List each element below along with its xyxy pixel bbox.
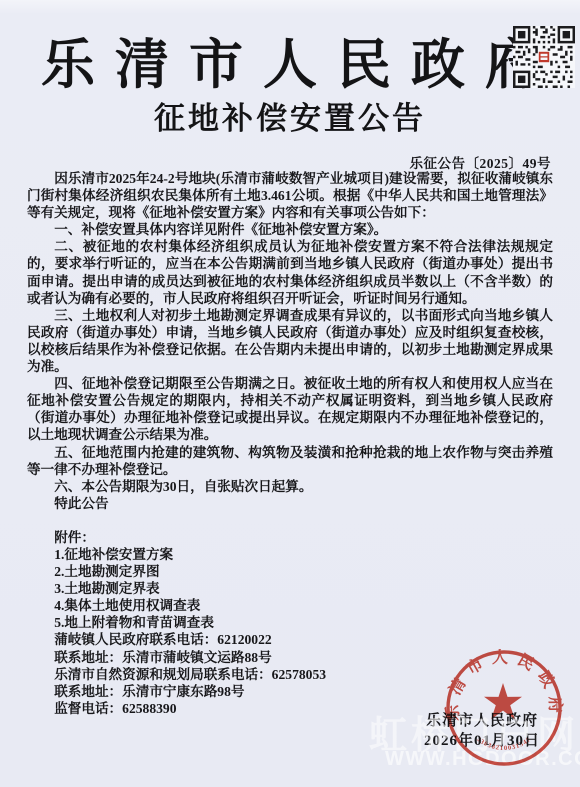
page-subtitle: 征地补偿安置公告 [0, 101, 580, 137]
seal-number: 33038210031347 [475, 736, 532, 752]
official-seal: 乐清市人民政府 33038210031347 [441, 645, 567, 771]
doc-number: 乐征公告〔2025〕49号 [410, 152, 552, 172]
announcement-page: 乐清市人民政府 征地补偿安置公告 乐征公告〔2025〕49号 因乐清市2025年… [0, 0, 580, 787]
qr-center-logo [539, 52, 549, 62]
attachment-item: 2.土地勘测定界图 [27, 563, 553, 580]
body-item: 六、本公告期限为30日，自张贴次日起算。 [27, 478, 553, 495]
body-item: 一、补偿安置具体内容详见附件《征地补偿安置方案》。 [27, 221, 553, 238]
closing-line: 特此公告 [27, 495, 553, 512]
body-item: 二、被征地的农村集体经济组织成员认为征地补偿安置方案不符合法律法规规定的，要求举… [27, 238, 553, 306]
page-title: 乐清市人民政府 [0, 34, 580, 96]
attachments-label: 附件： [27, 529, 553, 546]
qr-code [513, 26, 575, 88]
seal-star-icon [484, 683, 522, 719]
announcement-body: 因乐清市2025年24-2号地块(乐清市蒲岐数智产业城项目)建设需要，拟征收蒲岐… [27, 170, 553, 717]
body-item: 五、征地范围内抢建的建筑物、构筑物及装潢和抢种抢栽的地上农作物与突击养殖等一律不… [27, 444, 553, 478]
attachment-item: 1.征地补偿安置方案 [27, 546, 553, 563]
blank-line [27, 512, 553, 529]
attachment-item: 3.土地勘测定界表 [27, 580, 553, 597]
body-item: 三、土地权利人对初步土地勘测定界调查成果有异议的，以书面形式向当地乡镇人民政府（… [27, 307, 553, 375]
attachment-item: 5.地上附着物和青苗调查表 [27, 614, 553, 631]
body-item: 四、征地补偿登记期限至公告期满之日。被征收土地的所有权人和使用权人应当在征地补偿… [27, 375, 553, 443]
intro-paragraph: 因乐清市2025年24-2号地块(乐清市蒲岐数智产业城项目)建设需要，拟征收蒲岐… [27, 170, 553, 221]
attachment-item: 4.集体土地使用权调查表 [27, 597, 553, 614]
